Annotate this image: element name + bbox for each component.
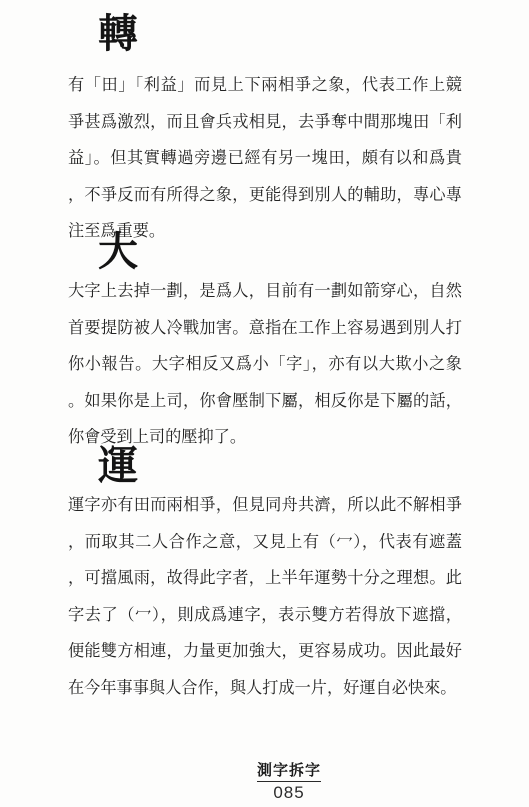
text-line: 有「田」「利益」而見上下兩相爭之象，代表工作上競 [68,67,462,104]
text-line: 爭甚爲激烈，而且會兵戎相見，去爭奪中間那塊田「利 [68,104,462,141]
text-line: 你小報告。大字相反又爲小「字」，亦有以大欺小之象 [68,346,462,383]
text-line: 在今年事事與人合作，與人打成一片，好運自必快來。 [68,670,462,707]
text-line: 運字亦有田而兩相爭，但見同舟共濟，所以此不解相爭 [68,487,462,524]
page-number: 085 [253,783,325,803]
text-line: 益」。但其實轉過旁邊已經有另一塊田，頗有以和爲貴 [68,140,462,177]
section-heading-da: 大 [98,230,138,274]
section-heading-zhuan: 轉 [98,12,138,56]
section-paragraph-zhuan: 有「田」「利益」而見上下兩相爭之象，代表工作上競爭甚爲激烈，而且會兵戎相見，去爭… [68,67,462,250]
page-footer: 測字拆字 085 [253,759,325,803]
section-heading-yun: 運 [98,444,138,488]
text-line: ，不爭反而有所得之象，更能得到別人的輔助，專心專 [68,177,462,214]
section-paragraph-da: 大字上去掉一劃，是爲人，目前有一劃如箭穿心，自然首要提防被人冷戰加害。意指在工作… [68,273,462,456]
text-line: 。如果你是上司，你會壓制下屬，相反你是下屬的話， [68,383,462,420]
text-line: 字去了（冖），則成爲連字，表示雙方若得放下遮擋， [68,597,462,634]
text-line: 便能雙方相連，力量更加強大，更容易成功。因此最好 [68,633,462,670]
book-page: 轉 有「田」「利益」而見上下兩相爭之象，代表工作上競爭甚爲激烈，而且會兵戎相見，… [0,0,529,807]
text-line: 大字上去掉一劃，是爲人，目前有一劃如箭穿心，自然 [68,273,462,310]
footer-book-title: 測字拆字 [257,759,321,782]
text-line: 首要提防被人冷戰加害。意指在工作上容易遇到別人打 [68,310,462,347]
section-paragraph-yun: 運字亦有田而兩相爭，但見同舟共濟，所以此不解相爭，而取其二人合作之意，又見上有（… [68,487,462,707]
text-line: ，可擋風雨，故得此字者，上半年運勢十分之理想。此 [68,560,462,597]
text-line: ，而取其二人合作之意，又見上有（冖），代表有遮蓋 [68,524,462,561]
